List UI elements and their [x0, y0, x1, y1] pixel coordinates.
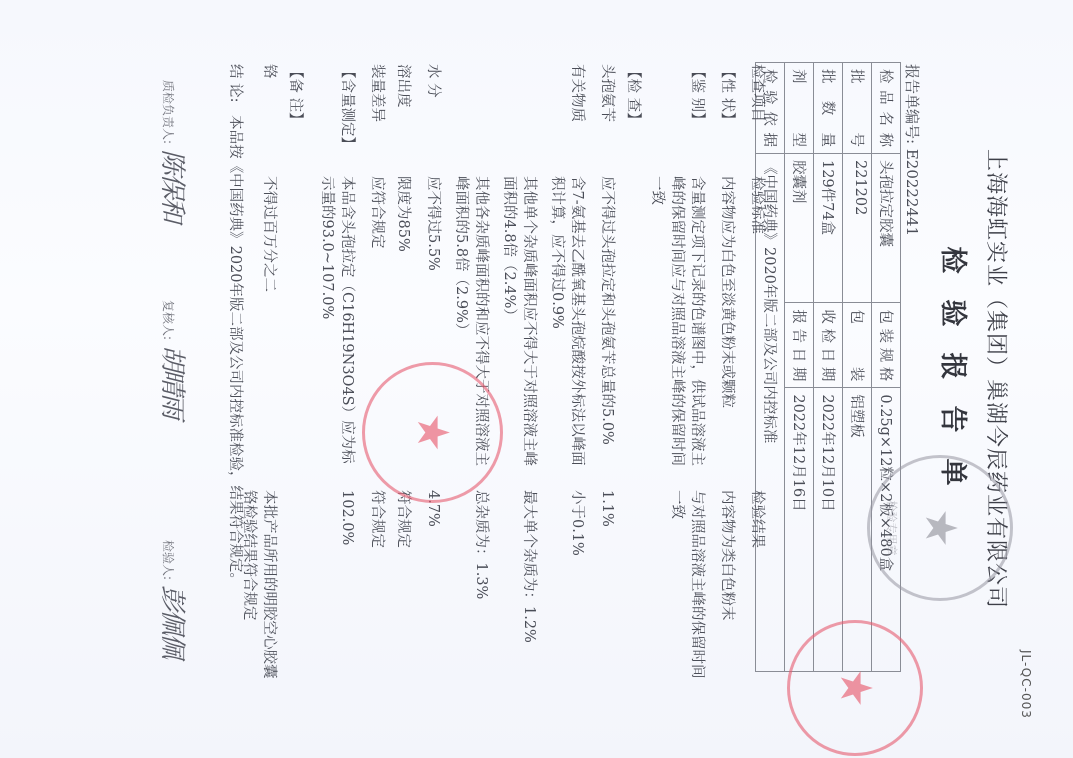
- star-icon: ★: [833, 668, 877, 707]
- company-name: 上海海虹实业（集团）巢湖今辰药业有限公司: [982, 0, 1013, 758]
- result-standard: 内容物应为白色至淡黄色粉末或颗粒: [717, 176, 737, 476]
- result-item: 有关物质: [567, 64, 587, 122]
- result-value: 最大单个杂质为：1.2%: [519, 490, 539, 690]
- report-date: 2022年12月16日: [785, 388, 814, 672]
- result-value: 总杂质为：1.3%: [471, 490, 491, 690]
- result-value: 与对照品溶液主峰的保留时间一致: [667, 490, 707, 690]
- product-name: 头孢拉定胶囊: [872, 154, 901, 303]
- result-value: 本批产品所用的明胶空心胶囊铬检验结果符合规定: [239, 490, 279, 690]
- result-value: 符合规定: [393, 490, 413, 690]
- result-standard: 含7-氨基去乙酰氧基头孢烷酸按外标法以峰面积计算，应不得过0.9%: [547, 176, 587, 476]
- result-standard: 其他各杂质峰面积的和应不得大于对照溶液主峰面积的5.8倍（2.9%）: [451, 176, 491, 476]
- conclusion-label: 结 论:: [227, 64, 243, 103]
- result-value: 1.1%: [597, 490, 617, 690]
- table-row: 批 号 221202 包 装 铝塑板: [843, 63, 872, 672]
- report-number: 报告单编号: E20222441: [902, 64, 923, 236]
- spec: 0.25g×12粒×2板×480盒: [872, 388, 901, 672]
- result-item: 水 分: [423, 64, 443, 98]
- spec-label: 包装规格: [872, 303, 901, 388]
- result-value: 4.7%: [423, 490, 443, 690]
- result-value: 符合规定: [367, 490, 387, 690]
- batch-qty-label: 批 数 量: [814, 63, 843, 154]
- package: 铝塑板: [843, 388, 872, 672]
- result-item: 【鉴 别】: [687, 64, 707, 127]
- inspector-signature: 彭佩佩: [157, 585, 187, 657]
- table-row: 批 数 量 129件74盒 收检日期 2022年12月10日: [814, 63, 843, 672]
- received-date: 2022年12月10日: [814, 388, 843, 672]
- form-code: JL-QC-003: [1019, 650, 1033, 719]
- batch-no-label: 批 号: [843, 63, 872, 154]
- result-item: 【备 注】: [285, 64, 305, 127]
- product-name-label: 检品名称: [872, 63, 901, 154]
- result-standard: 应不得过5.5%: [423, 176, 443, 476]
- signature-inspector: 检验人: 彭佩佩: [156, 540, 193, 657]
- signature-qc-head: 质检负责人: 陈保和: [156, 80, 193, 221]
- qc-head-signature: 陈保和: [157, 149, 187, 221]
- result-item: 【性 状】: [717, 64, 737, 127]
- reviewer-label: 复核人:: [161, 300, 175, 340]
- dosage-form-label: 剂 型: [785, 63, 814, 154]
- package-label: 包 装: [843, 303, 872, 388]
- result-item: 头孢氨苄: [597, 64, 617, 122]
- received-date-label: 收检日期: [814, 303, 843, 388]
- batch-no: 221202: [843, 154, 872, 303]
- batch-qty: 129件74盒: [814, 154, 843, 303]
- result-value: 内容物为类白色粉末: [717, 490, 737, 690]
- report-date-label: 报告日期: [785, 303, 814, 388]
- column-header-standard: 检验标准: [747, 176, 767, 234]
- inspector-label: 检验人:: [161, 540, 175, 580]
- qc-head-label: 质检负责人:: [161, 80, 175, 144]
- result-standard: 本品含头孢拉定（C16H19N3O4S）应为标示量的93.0~107.0%: [317, 176, 357, 476]
- reviewer-signature: 胡晴雨: [157, 345, 187, 417]
- result-standard: 含量测定项下记录的色谱图中，供试品溶液主峰的保留时间应与对照品溶液主峰的保留时间…: [647, 176, 707, 476]
- column-header-item: 检查项目: [747, 64, 767, 122]
- result-standard: 应符合规定: [367, 176, 387, 476]
- report-number-label: 报告单编号:: [903, 64, 921, 144]
- result-standard: 不得过百万分之二: [259, 176, 279, 476]
- conclusion-text: 本品按《中国药典》2020年版二部及公司内控标准检验，结果符合规定。: [227, 115, 243, 587]
- result-standard: 其他单个杂质峰面积应不得大于对照溶液主峰面积的4.8倍（2.4%）: [499, 176, 539, 476]
- result-value: 102.0%: [337, 490, 357, 690]
- result-item: 装量差异: [367, 64, 387, 122]
- table-row: 剂 型 胶囊剂 报告日期 2022年12月16日: [785, 63, 814, 672]
- result-standard: 限度为85%: [393, 176, 413, 476]
- signature-reviewer: 复核人: 胡晴雨: [156, 300, 193, 417]
- column-header-result: 检验结果: [747, 490, 767, 548]
- result-item: 【含量测定】: [337, 64, 357, 151]
- result-item: 【检 查】: [623, 64, 643, 127]
- result-value: 小于0.1%: [567, 490, 587, 690]
- conclusion: 结 论: 本品按《中国药典》2020年版二部及公司内控标准检验，结果符合规定。: [225, 64, 245, 587]
- table-row: 检品名称 头孢拉定胶囊 包装规格 0.25g×12粒×2板×480盒: [872, 63, 901, 672]
- report-title: 检验报告单: [936, 0, 975, 758]
- result-standard: 应不得过头孢拉定和头孢氨苄总量的5.0%: [597, 176, 617, 476]
- table-row: 检验依据 《中国药典》2020年版二部及公司内控标准: [756, 63, 785, 672]
- report-number-value: E20222441: [903, 149, 921, 236]
- dosage-form: 胶囊剂: [785, 154, 814, 303]
- result-item: 溶出度: [393, 64, 413, 108]
- product-info-table: 检品名称 头孢拉定胶囊 包装规格 0.25g×12粒×2板×480盒 批 号 2…: [755, 62, 901, 672]
- inspection-report-page: JL-QC-003 上海海虹实业（集团）巢湖今辰药业有限公司 检验报告单 报告单…: [0, 0, 1073, 758]
- result-item: 铬: [259, 64, 279, 79]
